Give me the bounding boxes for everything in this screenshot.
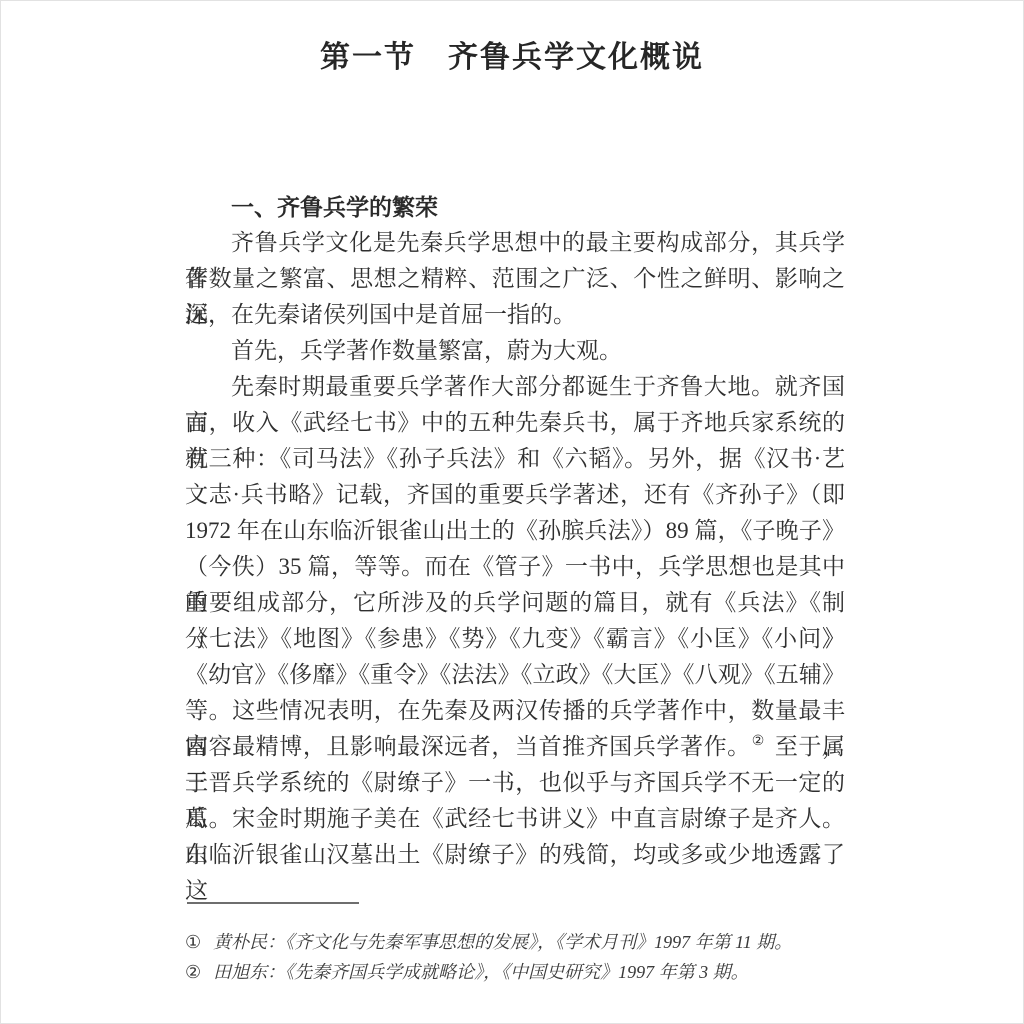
body-line: 葛。宋金时期施子美在《武经七书讲义》中直言尉缭子是齐人。山 [185, 801, 845, 837]
footnote-reference-2: ② [752, 734, 765, 749]
body-line: 《幼官》《侈靡》《重令》《法法》《立政》《大匡》《八观》《五辅》 [185, 657, 845, 693]
body-line: 1972 年在山东临沂银雀山出土的《孙膑兵法》）89 篇，《子晚子》 [185, 513, 845, 549]
body-line: 重要组成部分，它所涉及的兵学问题的篇目，就有《兵法》《制分》 [185, 585, 845, 621]
body-line: （今佚）35 篇，等等。而在《管子》一书中，兵学思想也是其中的 [185, 549, 845, 585]
body-text-segment: 内容最精博，且影响最深远者，当首推齐国兵学著作。 [185, 734, 751, 759]
footnotes: ① 黄朴民：《齐文化与先秦军事思想的发展》，《学术月刊》1997 年第 11 期… [185, 927, 865, 987]
body-line: 内容最精博，且影响最深远者，当首推齐国兵学著作。②至于属于 [185, 729, 845, 765]
body-line: 先秦时期最重要兵学著作大部分都诞生于齐鲁大地。就齐国而 [185, 369, 845, 405]
body-line: 有三种：《司马法》《孙子兵法》和《六韬》。另外，据《汉书·艺 [185, 441, 845, 477]
footnote-separator [187, 902, 359, 904]
body-line: 文志·兵书略》记载，齐国的重要兵学著述，还有《齐孙子》（即 [185, 477, 845, 513]
body-line: 三晋兵学系统的《尉缭子》一书，也似乎与齐国兵学不无一定的瓜 [185, 765, 845, 801]
body-line: 远，在先秦诸侯列国中是首屈一指的。 [185, 297, 845, 333]
footnote-text: 田旭东：《先秦齐国兵学成就略论》，《中国史研究》1997 年第 3 期。 [213, 957, 865, 987]
body-line: 《七法》《地图》《参患》《势》《九变》《霸言》《小匡》《小问》 [185, 621, 845, 657]
body-line: 齐鲁兵学文化是先秦兵学思想中的最主要构成部分，其兵学著 [185, 225, 845, 261]
body-line: 东临沂银雀山汉墓出土《尉缭子》的残简，均或多或少地透露了这 [185, 837, 845, 873]
book-page: 第一节 齐鲁兵学文化概说 一、齐鲁兵学的繁荣 齐鲁兵学文化是先秦兵学思想中的最主… [0, 0, 1024, 1024]
body-line: 首先，兵学著作数量繁富，蔚为大观。 [185, 333, 845, 369]
body-line: 作数量之繁富、思想之精粹、范围之广泛、个性之鲜明、影响之深 [185, 261, 845, 297]
body-line: 言，收入《武经七书》中的五种先秦兵书，属于齐地兵家系统的就 [185, 405, 845, 441]
body-line: 等。这些情况表明，在先秦及两汉传播的兵学著作中，数量最丰富， [185, 693, 845, 729]
footnote-item: ① 黄朴民：《齐文化与先秦军事思想的发展》，《学术月刊》1997 年第 11 期… [185, 927, 865, 957]
section-title: 第一节 齐鲁兵学文化概说 [1, 42, 1023, 74]
subsection-heading: 一、齐鲁兵学的繁荣 [185, 189, 845, 225]
footnote-marker: ② [185, 957, 201, 987]
footnote-text: 黄朴民：《齐文化与先秦军事思想的发展》，《学术月刊》1997 年第 11 期。 [213, 927, 865, 957]
footnote-item: ② 田旭东：《先秦齐国兵学成就略论》，《中国史研究》1997 年第 3 期。 [185, 957, 865, 987]
body-text: 一、齐鲁兵学的繁荣 齐鲁兵学文化是先秦兵学思想中的最主要构成部分，其兵学著 作数… [185, 189, 845, 873]
footnote-marker: ① [185, 927, 201, 957]
